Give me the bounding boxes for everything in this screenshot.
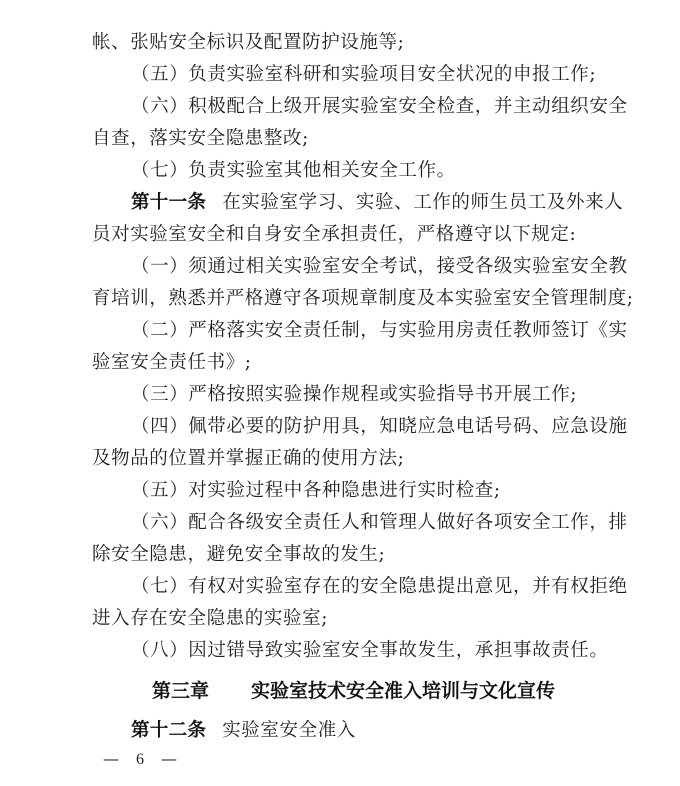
document-page: 帐、张贴安全标识及配置防护设施等; （五）负责实验室科研和实验项目安全状况的申报… <box>0 0 680 786</box>
chapter-heading: 第三章实验室技术安全准入培训与文化宣传 <box>152 679 555 703</box>
paragraph-line: （六）积极配合上级开展实验室安全检查，并主动组织安全 <box>131 96 601 118</box>
article-11-item-line: （四）佩带必要的防护用具，知晓应急电话号码、应急设施 <box>131 416 601 438</box>
page-number-left-dash: — <box>102 749 120 769</box>
page-number-right-dash: — <box>160 749 178 769</box>
article-11-item-line: 除安全隐患，避免安全事故的发生; <box>92 544 602 566</box>
page-number-value: 6 <box>120 750 160 770</box>
article-11-heading: 第十一条 <box>131 192 206 213</box>
paragraph-line: 自查，落实安全隐患整改; <box>92 128 602 150</box>
chapter-title: 实验室技术安全准入培训与文化宣传 <box>251 680 555 702</box>
article-11-item-line: （八）因过错导致实验室安全事故发生，承担事故责任。 <box>131 640 601 662</box>
paragraph-line: 帐、张贴安全标识及配置防护设施等; <box>92 32 602 54</box>
article-11-second-line: 员对实验室安全和自身安全承担责任，严格遵守以下规定: <box>92 224 602 246</box>
article-11-item-line: （三）严格按照实验操作规程或实验指导书开展工作; <box>131 384 601 406</box>
article-12-line: 第十二条实验室安全准入 <box>131 720 601 742</box>
article-11-item-line: 及物品的位置并掌握正确的使用方法; <box>92 448 602 470</box>
article-11-item-line: 验室安全责任书》; <box>92 352 602 374</box>
article-11-item-line: 育培训，熟悉并严格遵守各项规章制度及本实验室安全管理制度; <box>92 288 602 310</box>
page-number: —6— <box>102 749 178 770</box>
article-12-heading: 第十二条 <box>131 720 206 741</box>
article-11-text: 在实验室学习、实验、工作的师生员工及外来人 <box>222 192 623 213</box>
article-11-item-line: （二）严格落实安全责任制，与实验用房责任教师签订《实 <box>131 320 601 342</box>
article-11-first-line: 第十一条在实验室学习、实验、工作的师生员工及外来人 <box>131 192 601 214</box>
article-11-item-line: （六）配合各级安全责任人和管理人做好各项安全工作，排 <box>131 512 601 534</box>
article-11-item-line: （五）对实验过程中各种隐患进行实时检查; <box>131 480 601 502</box>
article-11-item-line: （七）有权对实验室存在的安全隐患提出意见，并有权拒绝 <box>131 576 601 598</box>
article-12-text: 实验室安全准入 <box>222 720 356 741</box>
paragraph-line: （七）负责实验室其他相关安全工作。 <box>131 160 601 182</box>
chapter-number: 第三章 <box>152 680 209 702</box>
paragraph-line: （五）负责实验室科研和实验项目安全状况的申报工作; <box>131 64 601 86</box>
article-11-item-line: 进入存在安全隐患的实验室; <box>92 608 602 630</box>
article-11-item-line: （一）须通过相关实验室安全考试，接受各级实验室安全教 <box>131 256 601 278</box>
